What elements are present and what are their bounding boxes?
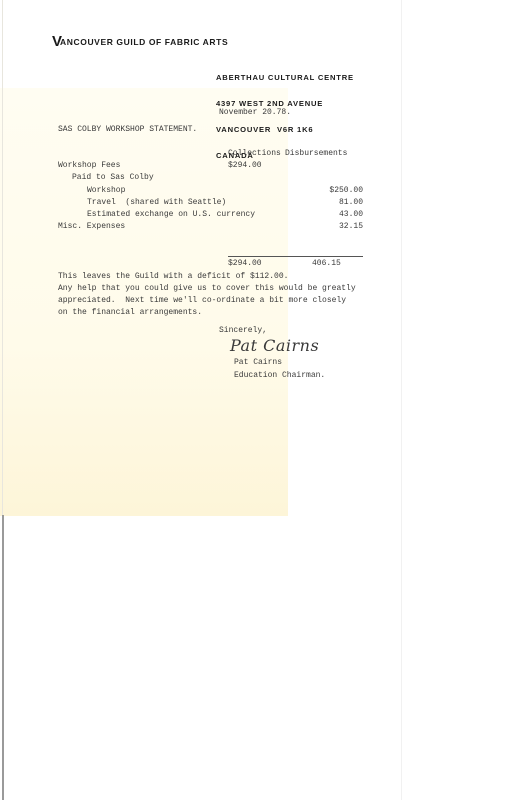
scan-edge-left: [2, 0, 3, 515]
statement-row-collections: $294.00: [228, 161, 262, 170]
scan-edge-right: [401, 0, 402, 800]
statement-title: SAS COLBY WORKSHOP STATEMENT.: [58, 125, 197, 134]
scan-edge-left-dark: [2, 515, 4, 800]
body-line: on the financial arrangements.: [58, 307, 202, 320]
total-disbursements: 406.15: [312, 259, 341, 268]
signer-title: Education Chairman.: [234, 371, 325, 380]
totals-rule: [228, 256, 363, 257]
address-line: VANCOUVER V6R 1K6: [216, 126, 354, 135]
statement-row-label: Estimated exchange on U.S. currency: [87, 210, 255, 219]
statement-row-label: Travel (shared with Seattle): [87, 198, 226, 207]
logo-initial: V: [52, 33, 60, 50]
statement-row-disbursements: 81.00: [339, 198, 363, 207]
letter-date: November 20.78.: [219, 108, 291, 117]
statement-row-disbursements: 32.15: [339, 222, 363, 231]
statement-row-label: Workshop: [87, 186, 125, 195]
column-header-disbursements: Disbursements: [285, 149, 347, 158]
column-header-collections: Collections: [228, 149, 281, 158]
body-line: This leaves the Guild with a deficit of …: [58, 271, 288, 284]
handwritten-signature: Pat Cairns: [230, 336, 319, 355]
statement-row-label: Misc. Expenses: [58, 222, 125, 231]
signer-name: Pat Cairns: [234, 358, 282, 367]
body-line: appreciated. Next time we'll co-ordinate…: [58, 295, 346, 308]
statement-row-disbursements: $250.00: [329, 186, 363, 195]
address-line: ABERTHAU CULTURAL CENTRE: [216, 74, 354, 83]
organization-name: VANCOUVER GUILD OF FABRIC ARTS: [52, 33, 228, 50]
organization-name-rest: ANCOUVER GUILD OF FABRIC ARTS: [60, 37, 228, 47]
statement-row-disbursements: 43.00: [339, 210, 363, 219]
body-line: Any help that you could give us to cover…: [58, 283, 356, 296]
statement-row-label: Workshop Fees: [58, 161, 120, 170]
closing-salutation: Sincerely,: [219, 326, 267, 335]
statement-row-label: Paid to Sas Colby: [72, 173, 154, 182]
total-collections: $294.00: [228, 259, 262, 268]
